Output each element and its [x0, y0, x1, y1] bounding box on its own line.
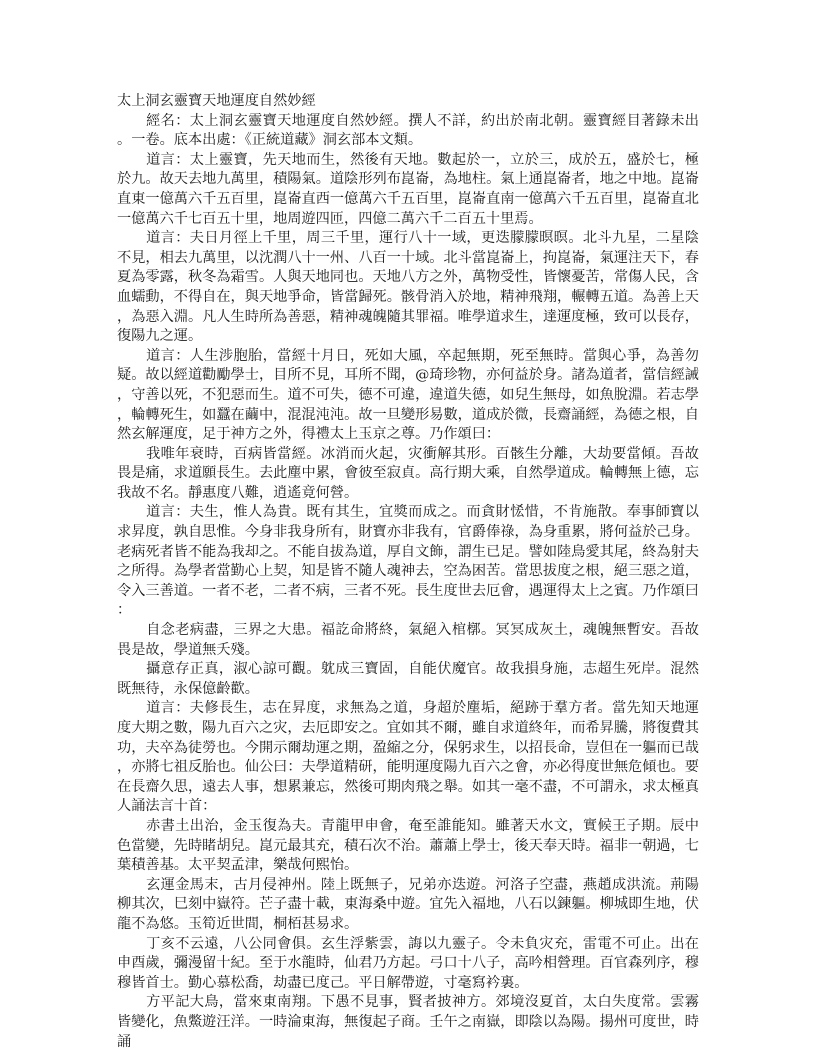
- paragraph-verse-4: 方平記大鳥，當來東南翔。下愚不見事，賢者披神方。郊境沒夏首，太白失度常。雲霧皆變…: [117, 993, 699, 1052]
- paragraph-hymn-2: 自念老病盡，三界之大患。福訖命將終，氣絕入棺槨。冥冥成灰土，魂魄無暫安。吾故畏是…: [117, 621, 699, 660]
- paragraph-dao-yan-cultivation: 道言：夫修長生，志在昇度，求無為之道，身超於塵垢，絕跡于羣方者。當先知天地運度大…: [117, 699, 699, 817]
- paragraph-scripture-info: 經名：太上洞玄靈寶天地運度自然妙經。撰人不詳，約出於南北朝。靈寶經目著錄未出。一…: [117, 112, 699, 151]
- paragraph-dao-yan-heaven-earth: 道言：太上靈寶，先天地而生，然後有天地。數起於一，立於三，成於五，盛於七，極於九…: [117, 151, 699, 229]
- paragraph-verse-3: 丁亥不云遠，八公同會俱。玄生浮紫雲，誨以九靈子。令未負灾充，雷電不可止。出在申酉…: [117, 935, 699, 994]
- paragraph-verse-2: 玄運金馬末，古月侵神州。陸上既無子，兄弟亦迭遊。河洛子空盡，燕趙成洪流。荊陽柳其…: [117, 876, 699, 935]
- paragraph-hymn-1: 我唯年衰時，百病皆當經。冰消而火起，灾衝解其形。百骸生分離，大劫要當傾。吾故畏是…: [117, 445, 699, 504]
- paragraph-dao-yan-human-life: 道言：人生涉胞胎，當經十月日，死如大風，卒起無期，死至無時。當與心爭，為善勿疑。…: [117, 347, 699, 445]
- paragraph-dao-yan-wealth: 道言：夫生，惟人為貴。既有其生，宜獎而成之。而貪財恡惜，不肯施散。奉事師寶以求昇…: [117, 503, 699, 621]
- paragraph-verse-1: 赤書土出治，金玉復為夫。青龍甲申會，奄至誰能知。雖著天水文，實候王子期。辰中色當…: [117, 817, 699, 876]
- document-page: 太上洞玄靈寶天地運度自然妙經 經名：太上洞玄靈寶天地運度自然妙經。撰人不詳，約出…: [117, 92, 699, 1052]
- paragraph-dao-yan-sun-moon: 道言：夫日月徑上千里，周三千里，運行八十一域，更迭朦朦暝暝。北斗九星，二星陰不見…: [117, 229, 699, 347]
- paragraph-hymn-3: 攝意存正真，淑心諒可觀。躭成三寶固，自能伏魔官。故我損身施，志超生死岸。混然既無…: [117, 660, 699, 699]
- document-title: 太上洞玄靈寶天地運度自然妙經: [117, 92, 699, 112]
